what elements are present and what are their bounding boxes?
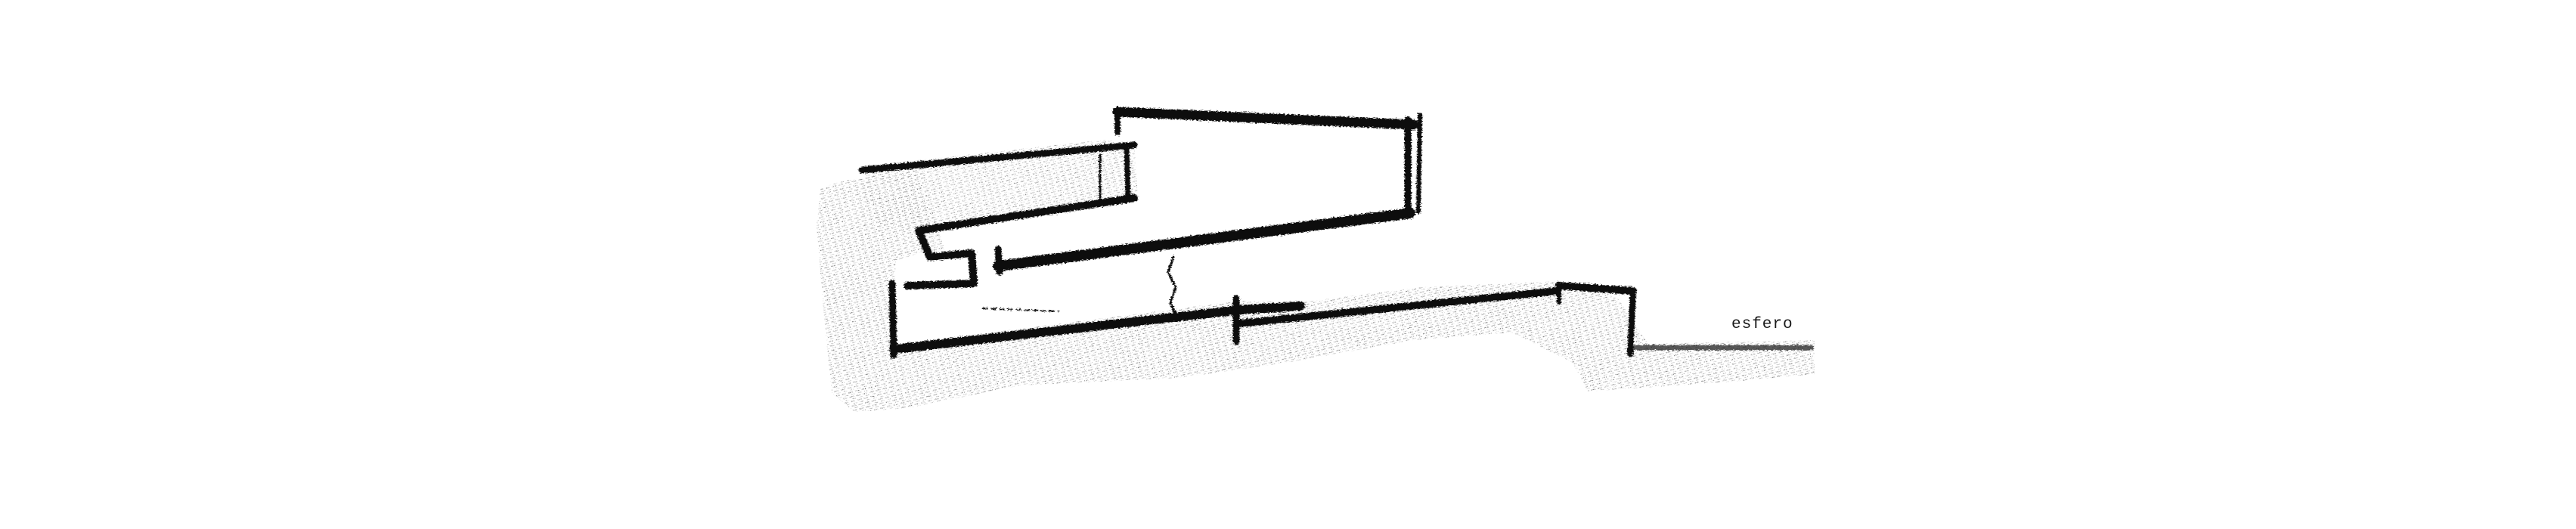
section-sketch — [0, 0, 2576, 529]
terrain-hatching — [817, 140, 1815, 412]
sketch-caption: esfero — [1731, 316, 1793, 333]
